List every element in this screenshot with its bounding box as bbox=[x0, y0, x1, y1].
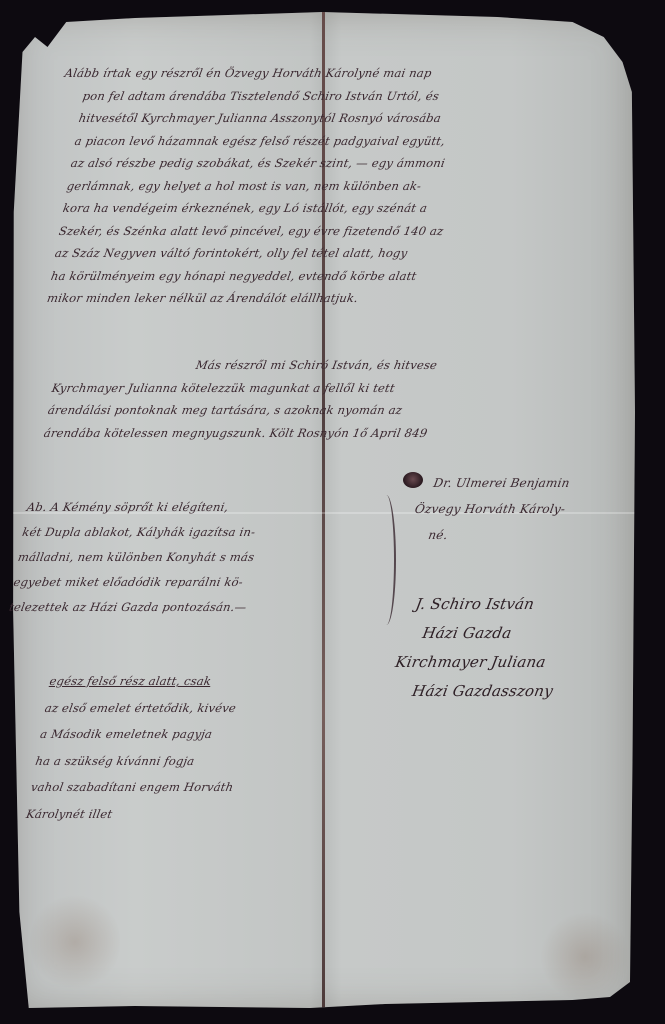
text-line: Kyrchmayer Julianna kötelezzük magunkat … bbox=[50, 377, 639, 400]
text-line: kora ha vendégeim érkeznének, egy Ló ist… bbox=[39, 197, 628, 220]
signature-line: Kirchmayer Juliana bbox=[393, 648, 648, 677]
text-line: Szekér, és Szénka alatt levő pincével, e… bbox=[35, 220, 624, 243]
signature-line: J. Schiro István bbox=[403, 590, 658, 619]
text-line: ha a szükség kívánni fogja bbox=[33, 748, 338, 775]
paragraph-tenant-terms: Más részről mi Schiró István, és hitvese… bbox=[42, 354, 643, 444]
text-line: gerlámnak, egy helyet a hol most is van,… bbox=[43, 175, 632, 198]
signature-line: Özvegy Horváth Károly- bbox=[413, 496, 648, 522]
bottom-note: egész felső rész alatt, csak az első eme… bbox=[24, 668, 352, 827]
text-line: vahol szabadítani engem Horváth bbox=[29, 774, 334, 801]
text-line: Károlynét illet bbox=[24, 801, 329, 828]
stain bbox=[540, 912, 630, 1002]
text-line: pon fel adtam árendába Tisztelendő Schir… bbox=[59, 85, 648, 108]
text-line: két Dupla ablakot, Kályhák igazítsa in- bbox=[20, 520, 394, 545]
tenant-signatures: J. Schiro István Házi Gazda Kirchmayer J… bbox=[388, 590, 658, 706]
text-line: málladni, nem különben Konyhát s más bbox=[16, 545, 390, 570]
text-line: mikor minden leker nélkül az Árendálót e… bbox=[23, 287, 612, 310]
text-line: Más részről mi Schiró István, és hitvese bbox=[54, 354, 643, 377]
text-line: árendálási pontoknak meg tartására, s az… bbox=[46, 399, 635, 422]
text-line: ha körülményeim egy hónapi negyeddel, ev… bbox=[27, 265, 616, 288]
signature-line: Házi Gazdasszony bbox=[388, 677, 643, 706]
text-line: a piacon levő házamnak egész felső részé… bbox=[51, 130, 640, 153]
signature-line: né. bbox=[408, 522, 643, 548]
text-line: Ab. A Kémény söprőt ki elégíteni, bbox=[25, 495, 399, 520]
text-line: az első emelet értetődik, kivéve bbox=[43, 695, 348, 722]
margin-note-repairs: Ab. A Kémény söprőt ki elégíteni, két Du… bbox=[7, 495, 399, 620]
text-line: az alsó részbe pedig szobákat, és Szekér… bbox=[47, 152, 636, 175]
stain bbox=[30, 892, 120, 992]
text-line: hitvesétől Kyrchmayer Julianna Asszonytó… bbox=[55, 107, 644, 130]
text-line: egyebet miket előadódik reparálni kö- bbox=[11, 570, 385, 595]
signature-prefix: Dr. Ulmerei Benjamin bbox=[417, 470, 652, 496]
text-line: egész felső rész alatt, csak bbox=[47, 668, 352, 695]
signature-line: Házi Gazda bbox=[398, 619, 653, 648]
text-line: telezettek az Házi Gazda pontozásán.— bbox=[7, 595, 381, 620]
text-line: az Száz Negyven váltó forintokért, olly … bbox=[31, 242, 620, 265]
text-line: a Második emeletnek pagyja bbox=[38, 721, 343, 748]
paragraph-landlady-terms: Alább írtak egy részről én Özvegy Horvát… bbox=[23, 62, 652, 310]
text-line: árendába kötelessen megnyugszunk. Költ R… bbox=[42, 422, 631, 445]
text-line: Alább írtak egy részről én Özvegy Horvát… bbox=[63, 62, 652, 85]
landlady-signature: Dr. Ulmerei Benjamin Özvegy Horváth Káro… bbox=[408, 470, 652, 548]
